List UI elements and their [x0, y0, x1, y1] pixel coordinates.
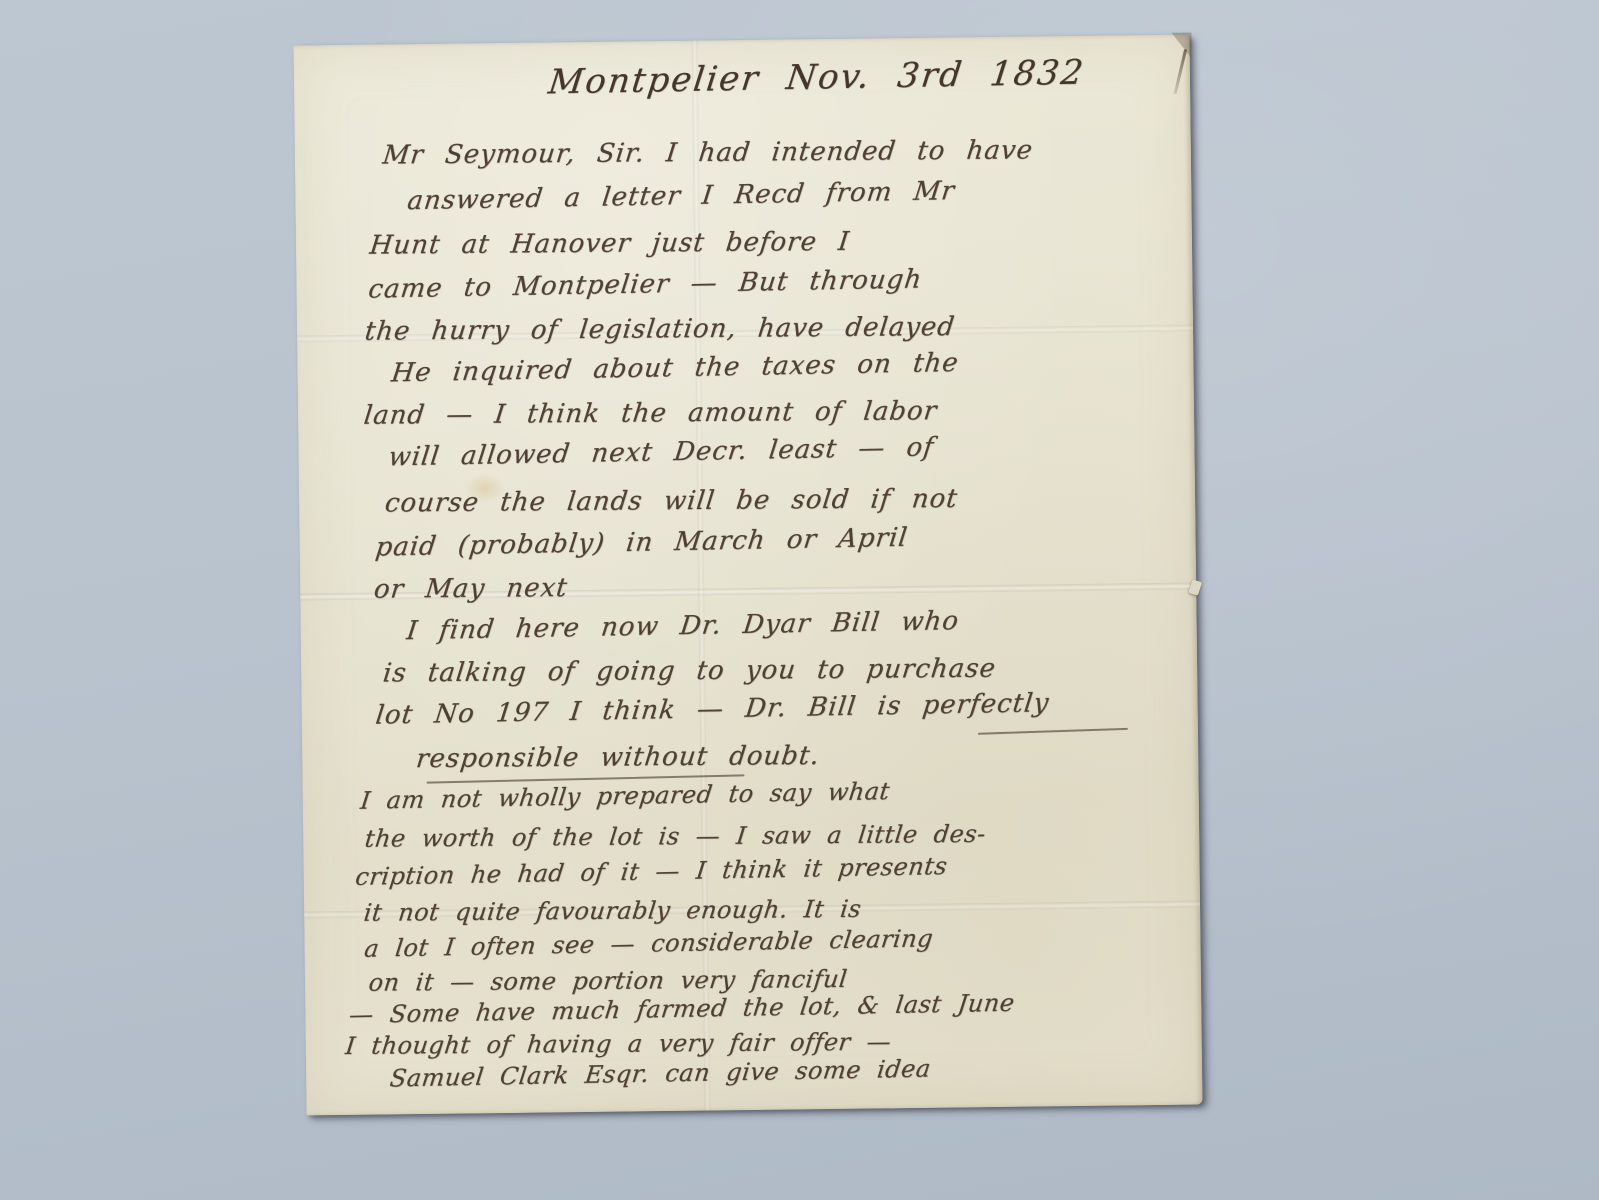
letter-line: responsible without doubt. [414, 741, 821, 774]
letter-paper: Montpelier Nov. 3rd 1832 Mr Seymour, Sir… [293, 35, 1202, 1116]
letter-line: course the lands will be sold if not [383, 484, 959, 519]
letter-line: Hunt at Hanover just before I [368, 227, 851, 261]
letter-line: Mr Seymour, Sir. I had intended to have [381, 135, 1035, 170]
letter-line: He inquired about the taxes on the [390, 348, 961, 388]
letter-line: paid (probably) in March or April [374, 523, 910, 563]
underline-stroke [978, 728, 1128, 735]
letter-line: a lot I often see — considerable clearin… [363, 924, 935, 962]
letter-dateline: Montpelier Nov. 3rd 1832 [546, 53, 1087, 103]
letter-line: cription he had of it — I think it prese… [354, 852, 949, 891]
letter-line: is talking of going to you to purchase [381, 654, 997, 689]
letter-line: on it — some portion very fanciful [367, 965, 849, 997]
letter-line: land — I think the amount of labor [362, 396, 939, 431]
letter-line: the worth of the lot is — I saw a little… [363, 820, 987, 853]
corner-fold [1171, 33, 1191, 59]
letter-line: came to Montpelier — But through [367, 264, 924, 304]
letter-line: or May next [372, 573, 569, 605]
letter-line: it not quite favourably enough. It is [362, 895, 863, 927]
letter-line: the hurry of legislation, have delayed [363, 312, 956, 347]
letter-line: lot No 197 I think — Dr. Bill is perfect… [374, 688, 1051, 730]
photo-background: Montpelier Nov. 3rd 1832 Mr Seymour, Sir… [0, 0, 1599, 1200]
edge-nick [1188, 579, 1202, 595]
letter-line: will allowed next Decr. least — of [387, 432, 936, 472]
letter-line: Samuel Clark Esqr. can give some idea [388, 1054, 932, 1092]
letter-line: answered a letter I Recd from Mr [406, 176, 957, 216]
letter-line: I find here now Dr. Dyar Bill who [405, 606, 961, 646]
letter-line: I thought of having a very fair offer — [344, 1028, 893, 1060]
